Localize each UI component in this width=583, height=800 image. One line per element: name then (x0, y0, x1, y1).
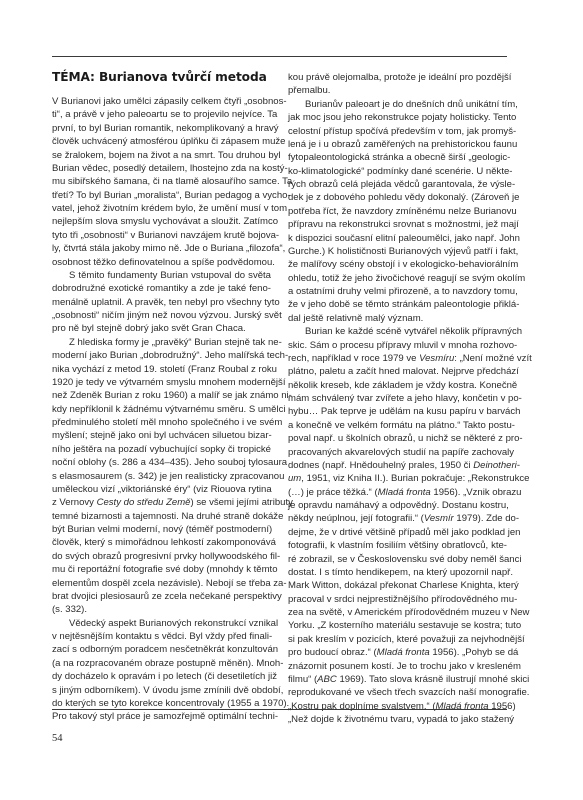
text-line: myšlení; stejně jako oni byl uchvácen si… (52, 429, 271, 442)
text-line: „osobnosti“ ničím jiným než novou výzvou… (52, 309, 271, 322)
text-line: vatel, jehož životním krédem bylo, že um… (52, 202, 271, 215)
text-line: mu sibiřského šamana, či na tlamě alosau… (52, 175, 271, 188)
text-line: (…) je práce těžká.“ (Mladá fronta 1956)… (288, 486, 507, 499)
text-line: lená je i u obrazů zaměřených na prehist… (288, 138, 507, 151)
text-line: pro budoucí obraz.“ (Mladá fronta 1956).… (288, 646, 507, 659)
text-line: rých obrazů celá plejáda vědců garantova… (288, 178, 507, 191)
text-line: a konečně ve velkém formátu na plátno.“ … (288, 419, 507, 432)
text-line: dostat. I s tímto hendikepem, na který u… (288, 566, 507, 579)
text-line: fotografii, k vlastním fosiliím většiny … (288, 539, 507, 552)
text-line: filmu“ (ABC 1969). Tato slova krásně ilu… (288, 673, 507, 686)
text-line: Burian ke každé scéně vytvářel několik p… (288, 325, 507, 338)
text-line: přemalbu. (288, 84, 507, 97)
text-line: a ostatními druhy velmi přirozeně, a to … (288, 285, 507, 298)
text-line: „Než dojde k životnému tvaru, vypadá to … (288, 713, 507, 726)
text-line: um, 1951, viz Kniha II.). Burian pokraču… (288, 472, 507, 485)
paragraph: Burianův paleoart je do dnešních dnů uni… (288, 98, 507, 325)
text-line: menálně uplatnil. A pravěk, ten nebyl pr… (52, 296, 271, 309)
text-line: Gurche.) K holističnosti Burianových výj… (288, 245, 507, 258)
text-line: Burian vědec, posedlý detailem, lhostejn… (52, 162, 271, 175)
paragraph: Z hlediska formy je „pravěký“ Burian ste… (52, 336, 271, 617)
text-line: přípravu na rekonstrukci srovnat s možno… (288, 218, 507, 231)
text-line: být Burian velmi moderní, nový (téměř po… (52, 523, 271, 536)
text-line: fytopaleontologická stránka a obecně šir… (288, 151, 507, 164)
text-line: ré zobrazil, se v Československu své dob… (288, 553, 507, 566)
text-line: nejlepším slova smyslu vychovávat a slou… (52, 215, 271, 228)
text-line: tyto tři „osobnosti“ v Burianovi navzáje… (52, 229, 271, 242)
text-line: ního ještěra na pozadí vybuchující sopky… (52, 443, 271, 456)
text-line: temné bizarnosti a tajemnosti. Na druhé … (52, 510, 271, 523)
text-line: plátno, paletu a začít hned malovat. Nej… (288, 365, 507, 378)
text-line: poval např. u školních obrazů, u nichž s… (288, 432, 507, 445)
section-heading: TÉMA: Burianova tvůrčí metoda (52, 70, 277, 84)
top-rule (52, 56, 507, 57)
text-line: s jiným odborníkem). V úvodu jsme zmínil… (52, 684, 271, 697)
text-line: si pak kreslím v pozicích, které považuj… (288, 633, 507, 646)
text-line: S těmito fundamenty Burian vstupoval do … (52, 269, 271, 282)
text-line: dobrodružné exotické romantiky a zde je … (52, 282, 271, 295)
text-line: nika vychází z metod 19. století (Franz … (52, 363, 271, 376)
left-column: V Burianovi jako umělci zápasily celkem … (52, 95, 271, 724)
paragraph: kou právě olejomalba, protože je ideální… (288, 71, 507, 98)
paragraph: Vědecký aspekt Burianových rekonstrukcí … (52, 617, 271, 724)
text-line: dal ještě relativně malý význam. (288, 312, 507, 325)
text-line: hybu… Pak teprve je udělám na kusu papír… (288, 405, 507, 418)
text-line: moderní jako Burian „dobrodružný“. Jeho … (52, 349, 271, 362)
text-line: se žralokem, bojem na život a na smrt. T… (52, 149, 271, 162)
text-line: pro ně byl stejně dobrý jako svět Gran C… (52, 322, 271, 335)
text-line: zací s odborným poradcem nesčetněkrát ko… (52, 643, 271, 656)
text-line: Burianův paleoart je do dnešních dnů uni… (288, 98, 507, 111)
text-line: (a na rozpracovaném obraze postupně měně… (52, 657, 271, 670)
text-line: než Zdeněk Burian z roku 1960) a malíř s… (52, 389, 271, 402)
text-line: první, to byl Burian romantik, nekomplik… (52, 122, 271, 135)
text-line: elementům dospěl zcela nezávisle). Neboj… (52, 577, 271, 590)
text-line: reprodukované ve všech třech svazcích na… (288, 686, 507, 699)
text-line: několik kreseb, kde základem je vždy kos… (288, 379, 507, 392)
text-line: Yorku. „Z kosterního materiálu sestavuje… (288, 619, 507, 632)
text-line: v nejtěsnějším kontaktu s vědci. Byl vžd… (52, 630, 271, 643)
text-line: znázornit posunem kostí. Je to trochu ja… (288, 660, 507, 673)
text-line: Z hlediska formy je „pravěký“ Burian ste… (52, 336, 271, 349)
text-line: Vědecký aspekt Burianových rekonstrukcí … (52, 617, 271, 630)
text-line: do svých obrazů progresivní prvky hollyw… (52, 550, 271, 563)
right-column: kou právě olejomalba, protože je ideální… (288, 71, 507, 726)
text-line: že malířovy scény obstojí i v ekologicko… (288, 258, 507, 271)
paragraph: V Burianovi jako umělci zápasily celkem … (52, 95, 271, 269)
text-line: ly, čtvrtá stála jakoby mimo ně. Jde o B… (52, 242, 271, 255)
text-line: dodnes (např. Hnědouhelný prales, 1950 č… (288, 459, 507, 472)
paragraph: Burian ke každé scéně vytvářel několik p… (288, 325, 507, 726)
text-line: osobnost těžko definovatelnou a spíše po… (52, 256, 271, 269)
text-line: jak moc jsou jeho rekonstrukce pojaty ho… (288, 111, 507, 124)
text-line: mám schválený tvar zvířete a jeho hlavy,… (288, 392, 507, 405)
page-number: 54 (52, 733, 63, 744)
text-line: člověk uchvácený atmosférou úplňku či zá… (52, 135, 271, 148)
text-line: (s. 332). (52, 603, 271, 616)
text-line: dejme, že v drtivé většině případů měl j… (288, 526, 507, 539)
text-line: V Burianovi jako umělci zápasily celkem … (52, 95, 271, 108)
text-line: někdy neúplnou, její fotografii.“ (Vesmí… (288, 512, 507, 525)
text-line: skic. Sám o procesu přípravy mluvil v mn… (288, 339, 507, 352)
bottom-rule (52, 709, 507, 710)
text-line: uměleckou vizí „viktoriánské éry“ (viz R… (52, 483, 271, 496)
text-line: kdy nepříklonil k žádnému výtvarnému smě… (52, 403, 271, 416)
text-line: kou právě olejomalba, protože je ideální… (288, 71, 507, 84)
paragraph: S těmito fundamenty Burian vstupoval do … (52, 269, 271, 336)
text-line: „Kostru pak doplníme svalstvem.“ (Mladá … (288, 700, 507, 713)
text-line: předminulého století měl mnoho společnéh… (52, 416, 271, 429)
text-line: dy docházelo k opravám i po letech (či d… (52, 670, 271, 683)
text-line: pracoval v srdci nejprestižnějšího příro… (288, 593, 507, 606)
text-line: Mark Witton, dokázal překonat Charlese K… (288, 579, 507, 592)
text-line: potřeba říct, že navzdory zmíněnému nelz… (288, 205, 507, 218)
text-line: třetí? To byl Burian „moralista“, Burian… (52, 189, 271, 202)
text-line: ohledu, totiž že jeho živočichové reaguj… (288, 272, 507, 285)
text-line: celostní přístup spočívá především v tom… (288, 125, 507, 138)
text-line: ko-klimatologické“ podmínky dané scenéri… (288, 165, 507, 178)
text-line: člověk, který s mimořádnou lehkostí zako… (52, 536, 271, 549)
text-line: je opravdu namáhavý a odpovědný. Dostanu… (288, 499, 507, 512)
text-line: noční oblohy (s. 286 a 434–435). Jeho so… (52, 456, 271, 469)
text-line: rech, například v roce 1979 ve Vesmíru: … (288, 352, 507, 365)
text-line: mu či reportážní fotografie své doby (mn… (52, 563, 271, 576)
text-line: ti“, a právě v jeho paleoartu se to proj… (52, 108, 271, 121)
text-line: zea na světě, v Americkém přírodovědném … (288, 606, 507, 619)
text-line: Pro takový styl práce je samozřejmě opti… (52, 710, 271, 723)
text-line: že v jeho době se těmto stránkám paleont… (288, 298, 507, 311)
text-line: 1920 je tedy ve výtvarném smyslu mnohem … (52, 376, 271, 389)
text-line: dek je z dobového pohledu vědy dokonalý.… (288, 191, 507, 204)
text-line: k dispozici současní elitní paleoumělci,… (288, 232, 507, 245)
text-line: s elasmosaurem (s. 342) je jen realistic… (52, 470, 271, 483)
text-line: z Vernovy Cesty do středu Země) se všemi… (52, 496, 271, 509)
text-line: pracovaných akvarelových studií na papíř… (288, 446, 507, 459)
text-line: brat dvojici plesiosaurů ze zcela nečeka… (52, 590, 271, 603)
